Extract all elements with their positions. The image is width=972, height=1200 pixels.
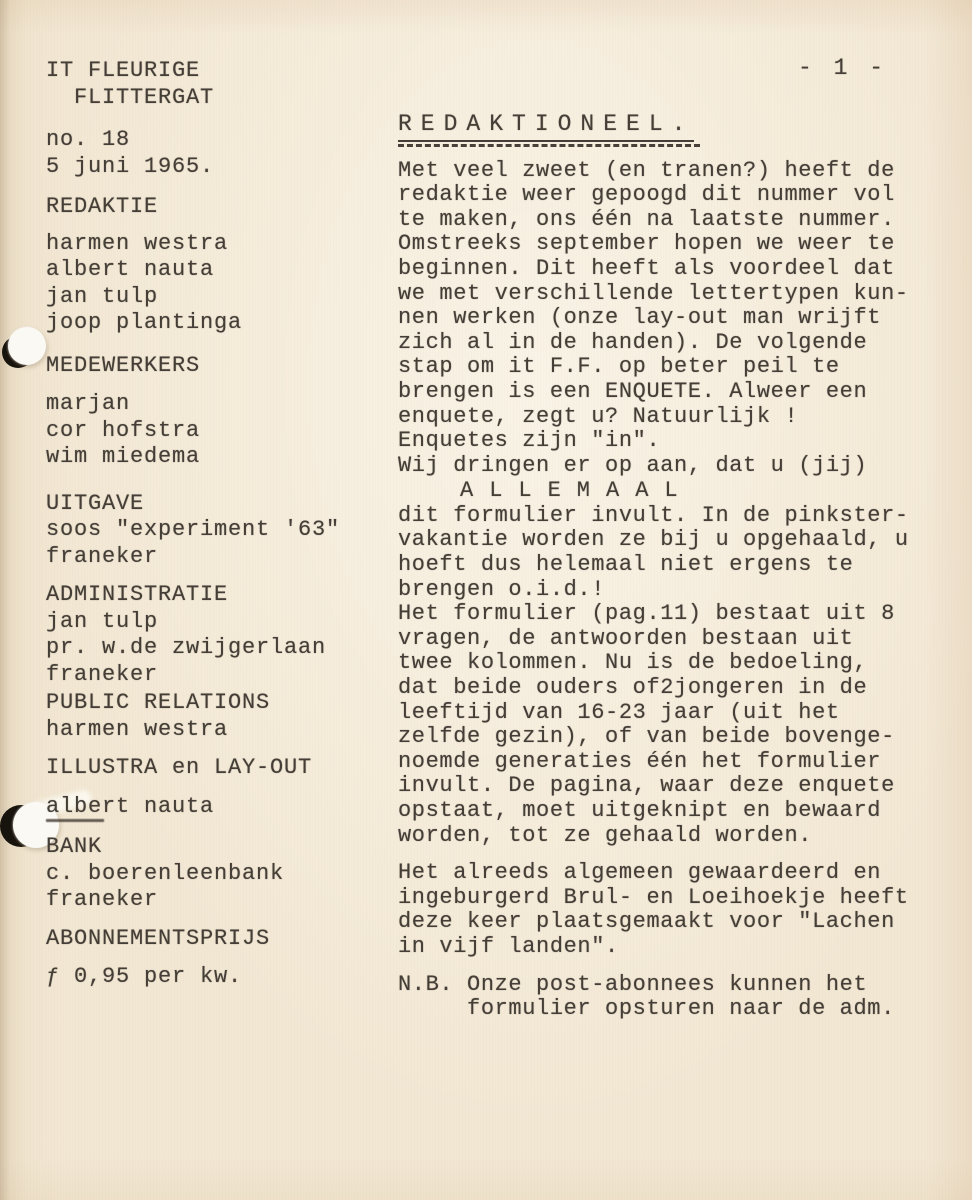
masthead-section-uitgave: UITGAVE soos "experiment '63" franeker — [46, 491, 391, 571]
masthead-section-bank: BANK c. boerenleenbank franeker — [46, 834, 391, 914]
page-number: - 1 - — [798, 55, 887, 81]
section-lines: ƒ 0,95 per kw. — [46, 964, 391, 991]
section-lines: c. boerenleenbank franeker — [46, 861, 391, 914]
masthead-section-medewerkers: MEDEWERKERS marjan cor hofstra wim miede… — [46, 353, 391, 471]
editorial-article: REDAKTIONEEL. Met veel zweet (en tranen?… — [398, 112, 938, 1022]
issue-and-date: no. 18 5 juni 1965. — [46, 127, 391, 180]
section-lines: jan tulp pr. w.de zwijgerlaan franeker — [46, 609, 391, 689]
masthead-section-public-relations: PUBLIC RELATIONS harmen westra — [46, 690, 391, 743]
masthead: IT FLEURIGE FLITTERGAT no. 18 5 juni 196… — [46, 58, 391, 991]
section-heading: MEDEWERKERS — [46, 353, 391, 380]
section-lines: albert nauta — [46, 794, 391, 821]
section-lines: harmen westra — [46, 717, 391, 744]
section-heading: UITGAVE — [46, 491, 391, 518]
section-heading: ABONNEMENTSPRIJS — [46, 926, 391, 953]
section-heading: REDAKTIE — [46, 194, 391, 221]
article-paragraph-2: dit formulier invult. In de pinkster- va… — [398, 504, 938, 848]
masthead-section-administratie: ADMINISTRATIE jan tulp pr. w.de zwijgerl… — [46, 582, 391, 688]
newsletter-title: IT FLEURIGE FLITTERGAT — [46, 58, 391, 111]
section-heading: ADMINISTRATIE — [46, 582, 391, 609]
section-lines: harmen westra albert nauta jan tulp joop… — [46, 231, 391, 337]
masthead-section-illustra-layout: ILLUSTRA en LAY-OUT albert nauta — [46, 755, 391, 820]
section-heading: ILLUSTRA en LAY-OUT — [46, 755, 391, 782]
article-paragraph-3: Het alreeds algemeen gewaardeerd en inge… — [398, 861, 938, 959]
article-title-text: REDAKTIONEEL. — [398, 112, 694, 142]
section-heading: PUBLIC RELATIONS — [46, 690, 391, 717]
allemaal-emphasis-line: ALLEMAAL — [398, 478, 938, 504]
article-title: REDAKTIONEEL. — [398, 112, 938, 147]
nb-note: N.B. Onze post-abonnees kunnen het formu… — [398, 973, 938, 1022]
masthead-section-abonnementsprijs: ABONNEMENTSPRIJS ƒ 0,95 per kw. — [46, 926, 391, 991]
article-paragraph-1: Met veel zweet (en tranen?) heeft de red… — [398, 159, 938, 479]
masthead-section-redaktie: REDAKTIE harmen westra albert nauta jan … — [46, 194, 391, 337]
punch-hole-top — [2, 326, 48, 370]
section-lines: marjan cor hofstra wim miedema — [46, 391, 391, 471]
scanned-newsletter-page: - 1 - IT FLEURIGE FLITTERGAT no. 18 5 ju… — [0, 0, 972, 1200]
section-heading: BANK — [46, 834, 391, 861]
section-lines: soos "experiment '63" franeker — [46, 517, 391, 570]
